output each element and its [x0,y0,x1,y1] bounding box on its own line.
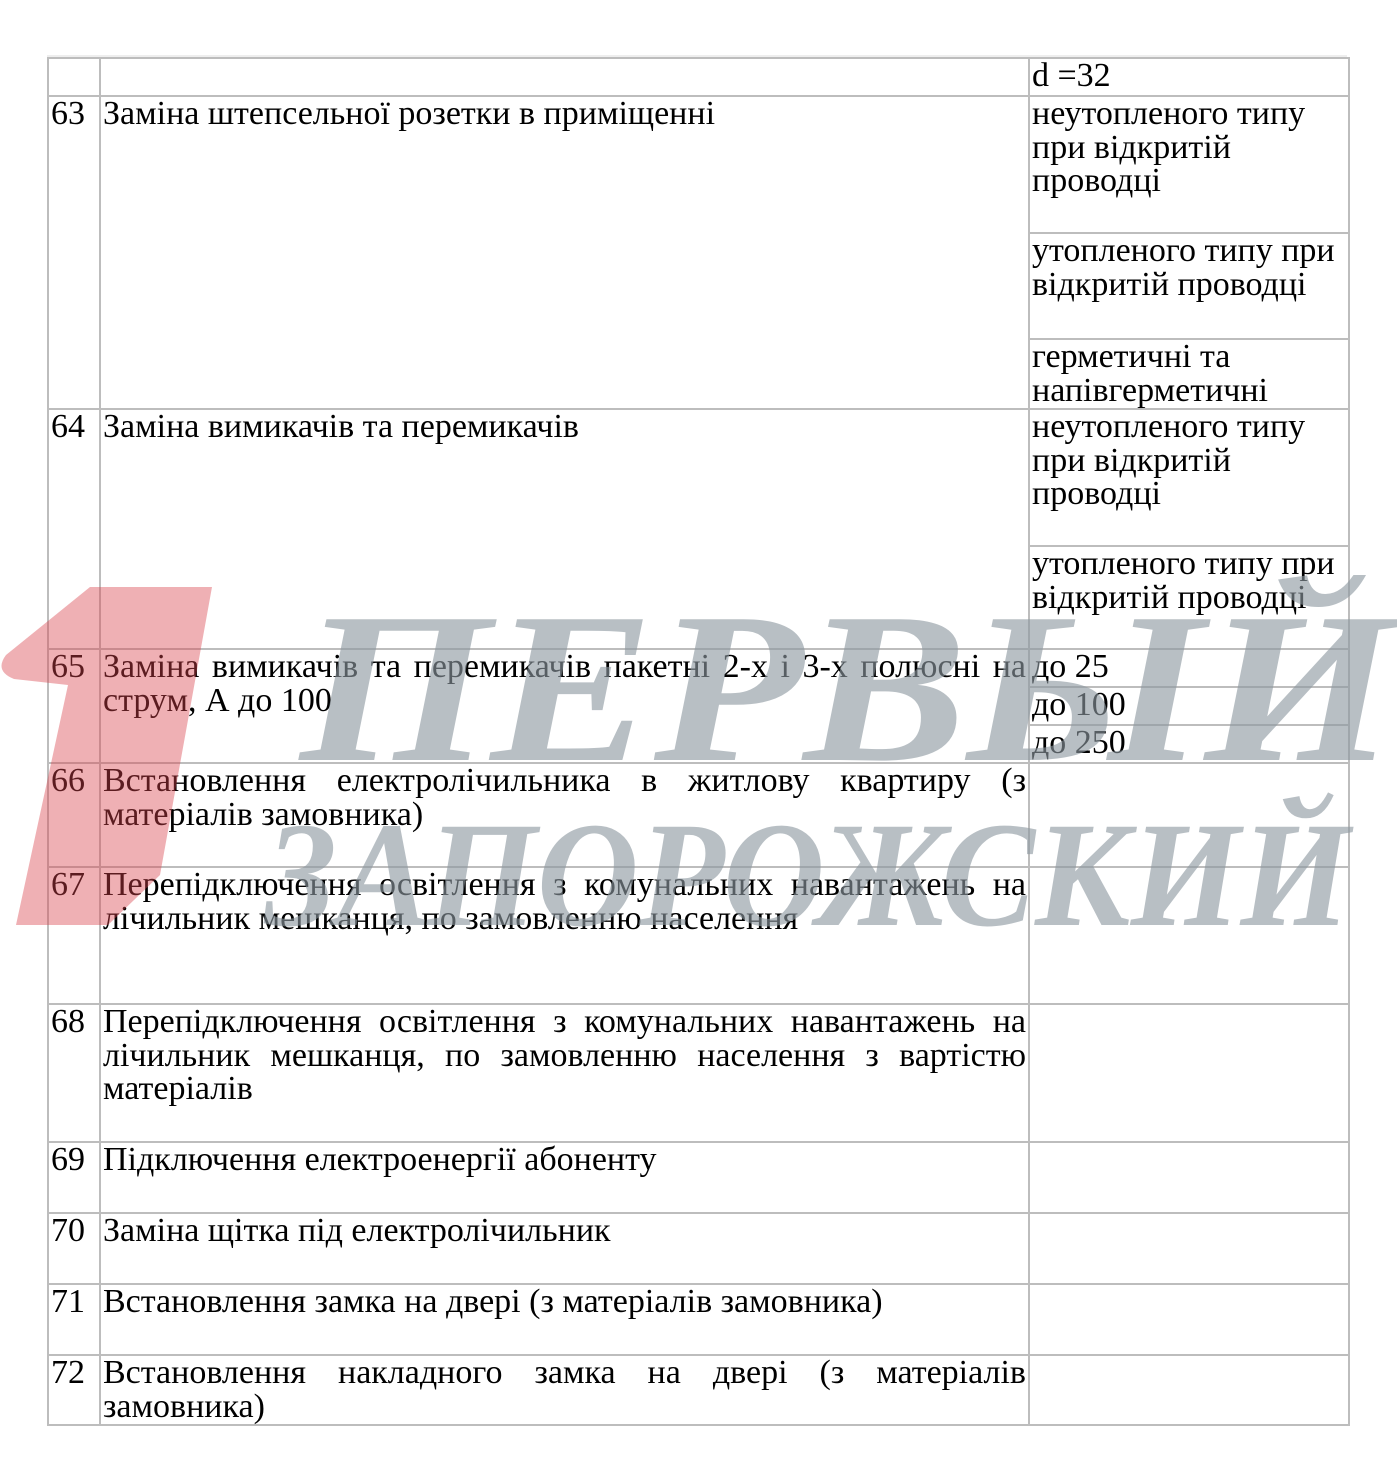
description-cell: Заміна вимикачів та перемикачів [100,409,1029,649]
row-number-cell [48,58,100,96]
table-row: 66Встановлення електролічильника в житло… [48,763,1349,867]
option-cell [1029,1284,1349,1355]
row-number-cell: 65 [48,649,100,763]
description-cell: Заміна щітка під електролічильник [100,1213,1029,1284]
description-cell: Заміна штепсельної розетки в приміщенні [100,96,1029,409]
option-cell [1029,1213,1349,1284]
option-cell [1029,867,1349,1004]
description-cell: Заміна вимикачів та перемикачів пакетні … [100,649,1029,763]
price-table: d =3263Заміна штепсельної розетки в прим… [47,57,1350,1426]
row-number-cell: 71 [48,1284,100,1355]
description-cell: Перепідключення освітлення з комунальних… [100,867,1029,1004]
row-number-cell: 70 [48,1213,100,1284]
option-cell [1029,1004,1349,1142]
table-row: 71Встановлення замка на двері (з матеріа… [48,1284,1349,1355]
table-row: 67Перепідключення освітлення з комунальн… [48,867,1349,1004]
description-cell: Перепідключення освітлення з комунальних… [100,1004,1029,1142]
row-number-cell: 63 [48,96,100,409]
option-cell [1029,1142,1349,1213]
option-cell: неутопленого типу при відкритій проводці [1029,409,1349,546]
row-number-cell: 64 [48,409,100,649]
option-cell: до 250 [1029,725,1349,763]
option-cell: до 100 [1029,687,1349,725]
description-cell: Встановлення замка на двері (з матеріалі… [100,1284,1029,1355]
description-cell: Встановлення накладного замка на двері (… [100,1355,1029,1425]
row-number-cell: 67 [48,867,100,1004]
row-number-cell: 69 [48,1142,100,1213]
document-page: d =3263Заміна штепсельної розетки в прим… [0,0,1397,1477]
table-row: 70Заміна щітка під електролічильник [48,1213,1349,1284]
row-number-cell: 66 [48,763,100,867]
option-cell: утопленого типу при відкритій проводці [1029,546,1349,649]
row-number-cell: 68 [48,1004,100,1142]
table-row: 72Встановлення накладного замка на двері… [48,1355,1349,1425]
description-cell: Підключення електроенергії абоненту [100,1142,1029,1213]
option-cell: до 25 [1029,649,1349,687]
table-row: 63Заміна штепсельної розетки в приміщенн… [48,96,1349,233]
option-cell: неутопленого типу при відкритій проводці [1029,96,1349,233]
table-row: 68Перепідключення освітлення з комунальн… [48,1004,1349,1142]
table-row: 65Заміна вимикачів та перемикачів пакетн… [48,649,1349,687]
table-row: 64Заміна вимикачів та перемикачівнеутопл… [48,409,1349,546]
option-cell: утопленого типу при відкритій проводці [1029,233,1349,339]
description-cell [100,58,1029,96]
option-cell: d =32 [1029,58,1349,96]
option-cell [1029,1355,1349,1425]
description-cell: Встановлення електролічильника в житлову… [100,763,1029,867]
option-cell: герметичні та напівгерметичні [1029,339,1349,409]
row-number-cell: 72 [48,1355,100,1425]
table-row-continuation: d =32 [48,58,1349,96]
table-row: 69Підключення електроенергії абоненту [48,1142,1349,1213]
option-cell [1029,763,1349,867]
